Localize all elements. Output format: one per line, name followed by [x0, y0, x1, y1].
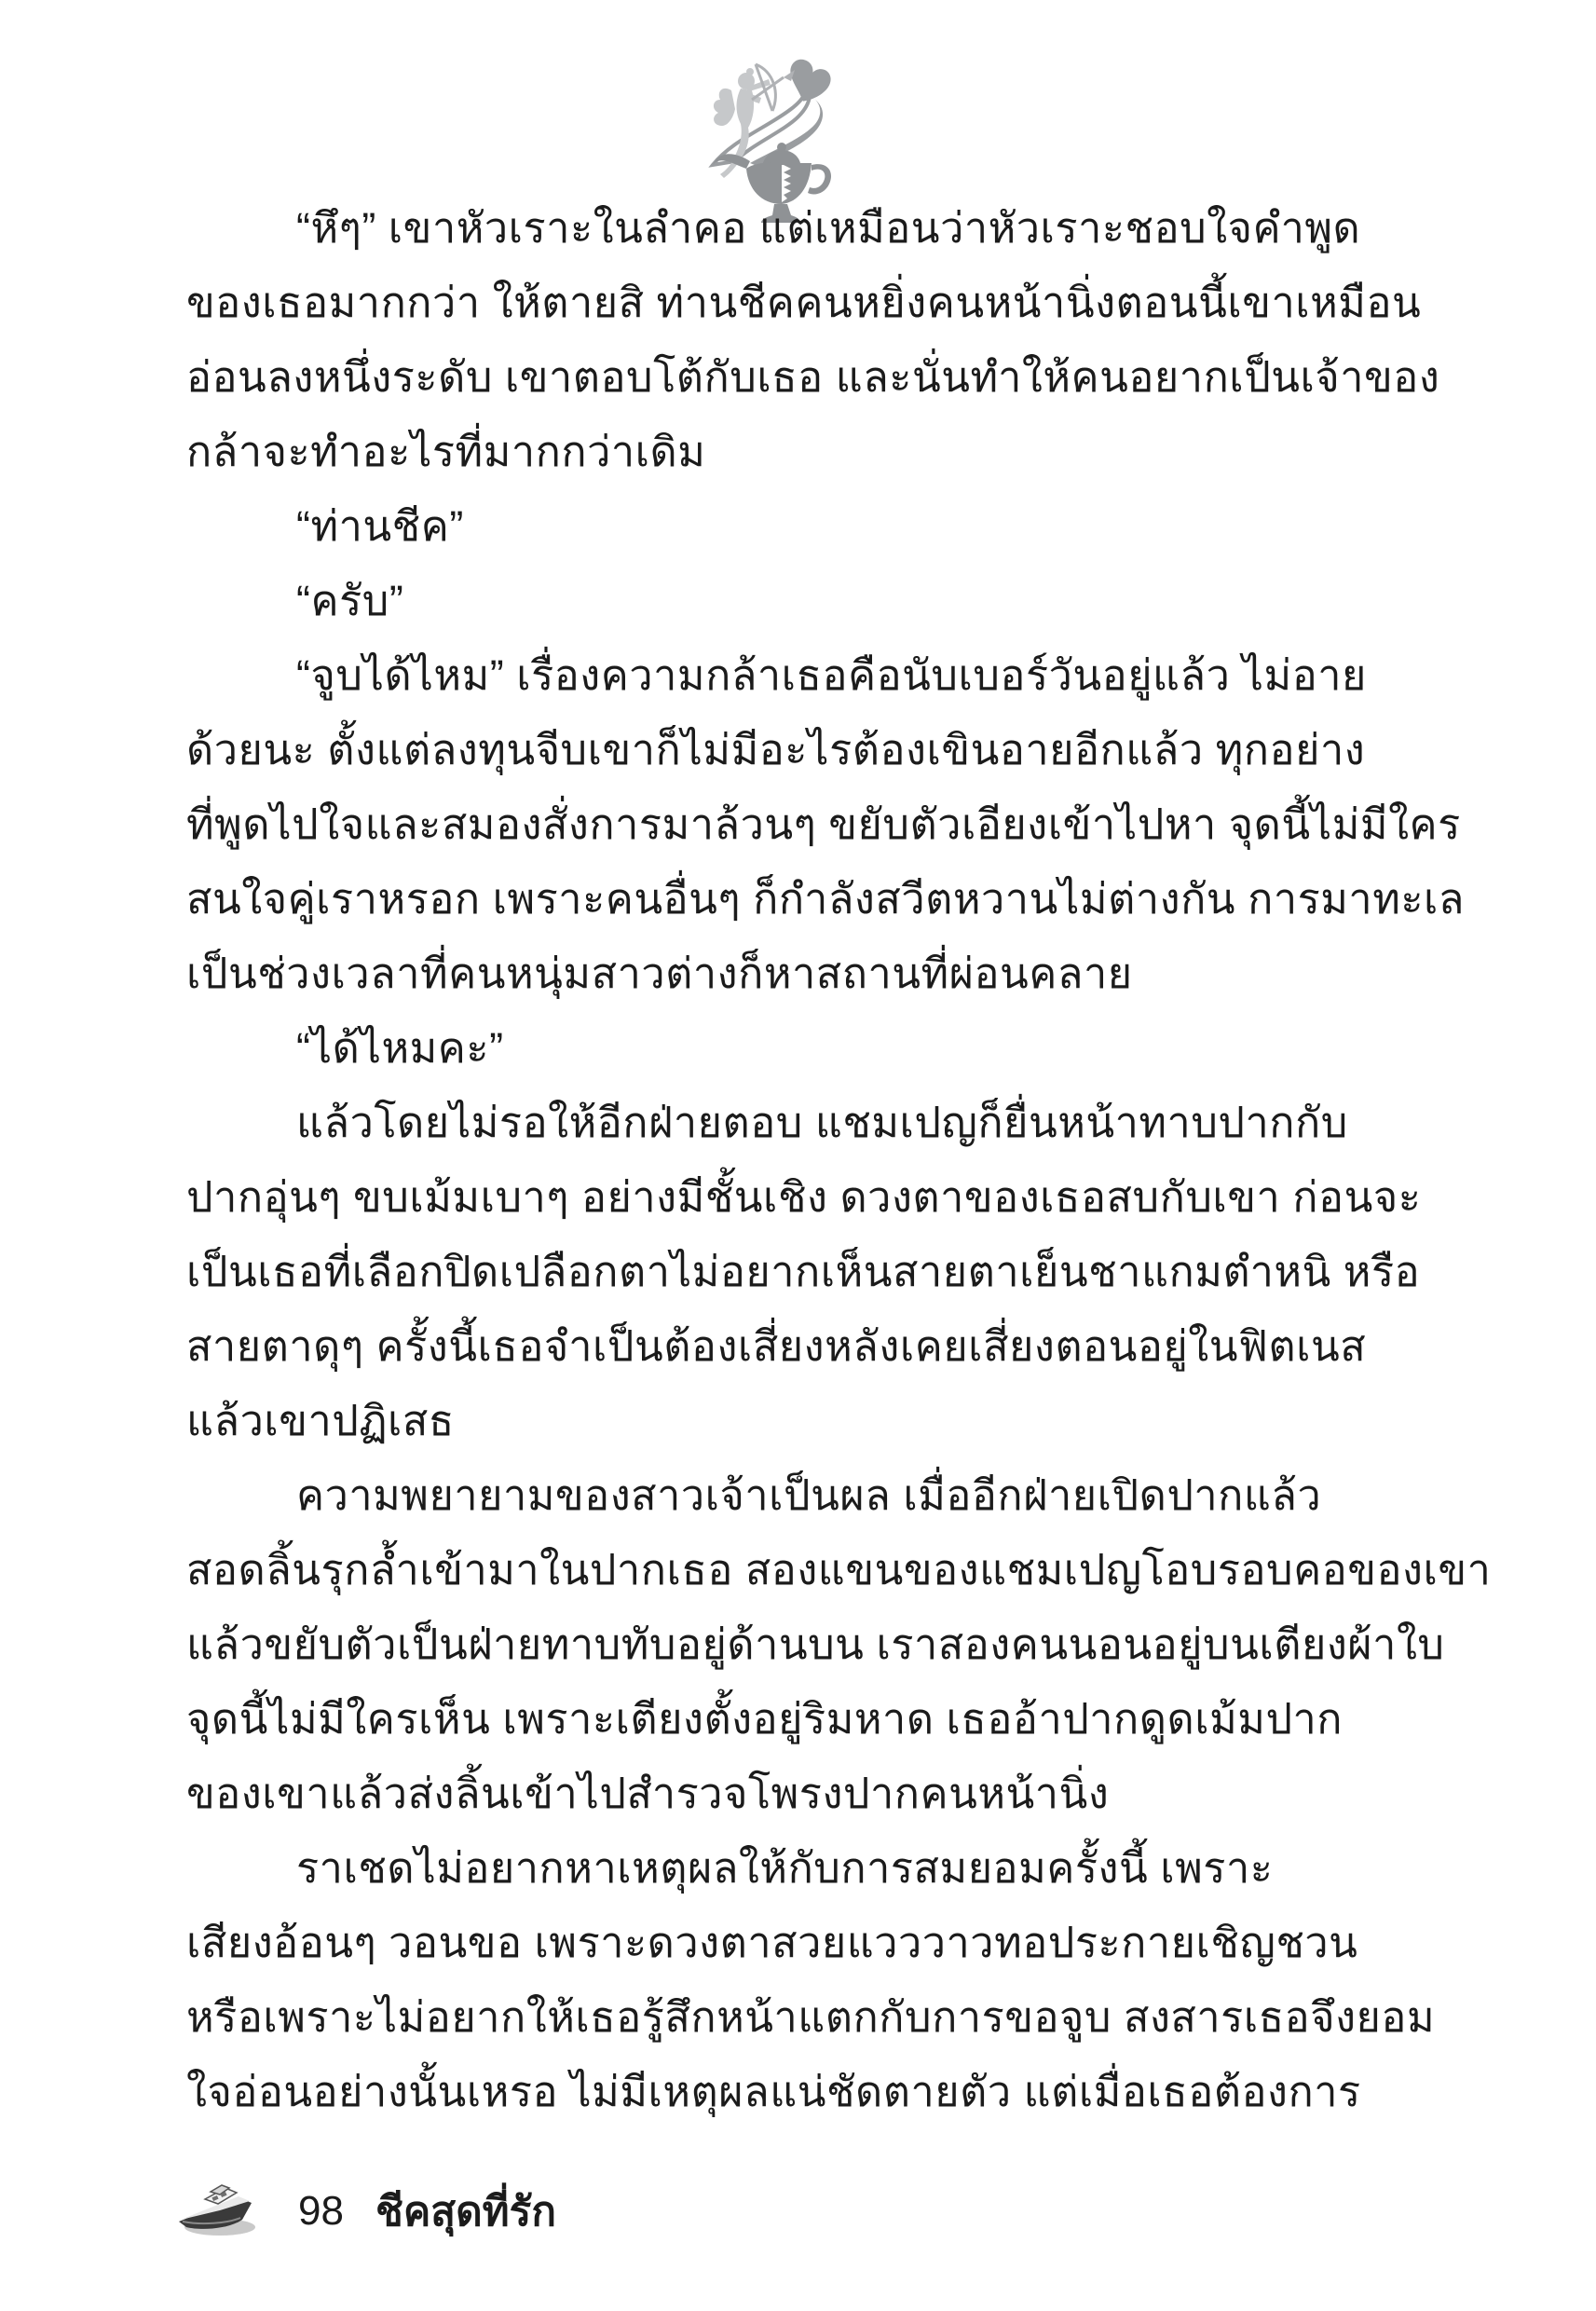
- text-line: “หึๆ” เขาหัวเราะในลำคอ แต่เหมือนว่าหัวเร…: [186, 191, 1332, 266]
- text-line: แล้วเขาปฏิเสธ: [186, 1384, 1332, 1458]
- text-line: เป็นช่วงเวลาที่คนหนุ่มสาวต่างก็หาสถานที่…: [186, 937, 1332, 1011]
- text-line: “ท่านชีค”: [186, 489, 1332, 564]
- text-line: ที่พูดไปใจและสมองสั่งการมาล้วนๆ ขยับตัวเ…: [186, 787, 1332, 862]
- text-line: เสียงอ้อนๆ วอนขอ เพราะดวงตาสวยแวววาวทอปร…: [186, 1906, 1332, 1980]
- text-line: ราเชดไม่อยากหาเหตุผลให้กับการสมยอมครั้งน…: [186, 1831, 1332, 1906]
- page-body-text: “หึๆ” เขาหัวเราะในลำคอ แต่เหมือนว่าหัวเร…: [186, 191, 1332, 2129]
- text-line: แล้วขยับตัวเป็นฝ่ายทาบทับอยู่ด้านบน เราส…: [186, 1607, 1332, 1682]
- text-line: ใจอ่อนอย่างนั้นเหรอ ไม่มีเหตุผลแน่ชัดตาย…: [186, 2055, 1332, 2129]
- text-line: สายตาดุๆ ครั้งนี้เธอจำเป็นต้องเสี่ยงหลัง…: [186, 1309, 1332, 1384]
- text-line: แล้วโดยไม่รอให้อีกฝ่ายตอบ แชมเปญก็ยื่นหน…: [186, 1086, 1332, 1160]
- page-number: 98: [298, 2188, 344, 2235]
- text-line: หรือเพราะไม่อยากให้เธอรู้สึกหน้าแตกกับกา…: [186, 1980, 1332, 2055]
- text-line: “จูบได้ไหม” เรื่องความกล้าเธอคือนับเบอร์…: [186, 638, 1332, 713]
- text-line: ความพยายามของสาวเจ้าเป็นผล เมื่ออีกฝ่ายเ…: [186, 1458, 1332, 1533]
- text-line: “ได้ไหมคะ”: [186, 1011, 1332, 1086]
- text-line: “ครับ”: [186, 564, 1332, 638]
- book-title: ชีคสุดที่รัก: [375, 2179, 556, 2244]
- text-line: ด้วยนะ ตั้งแต่ลงทุนจีบเขาก็ไม่มีอะไรต้อง…: [186, 713, 1332, 787]
- text-line: กล้าจะทำอะไรที่มากกว่าเดิม: [186, 415, 1332, 489]
- text-line: จุดนี้ไม่มีใครเห็น เพราะเตียงตั้งอยู่ริม…: [186, 1682, 1332, 1757]
- text-line: สนใจคู่เราหรอก เพราะคนอื่นๆ ก็กำลังสวีตห…: [186, 862, 1332, 937]
- text-line: ของเธอมากกว่า ให้ตายสิ ท่านชีคคนหยิ่งคนห…: [186, 266, 1332, 340]
- text-line: ปากอุ่นๆ ขบเม้มเบาๆ อย่างมีชั้นเชิง ดวงต…: [186, 1160, 1332, 1235]
- page-footer: 98 ชีคสุดที่รัก: [173, 2179, 556, 2244]
- boat-icon: [173, 2179, 259, 2244]
- text-line: ของเขาแล้วส่งลิ้นเข้าไปสำรวจโพรงปากคนหน้…: [186, 1757, 1332, 1831]
- text-line: เป็นเธอที่เลือกปิดเปลือกตาไม่อยากเห็นสาย…: [186, 1235, 1332, 1309]
- text-line: อ่อนลงหนึ่งระดับ เขาตอบโต้กับเธอ และนั่น…: [186, 340, 1332, 415]
- text-line: สอดลิ้นรุกล้ำเข้ามาในปากเธอ สองแขนของแชม…: [186, 1533, 1332, 1607]
